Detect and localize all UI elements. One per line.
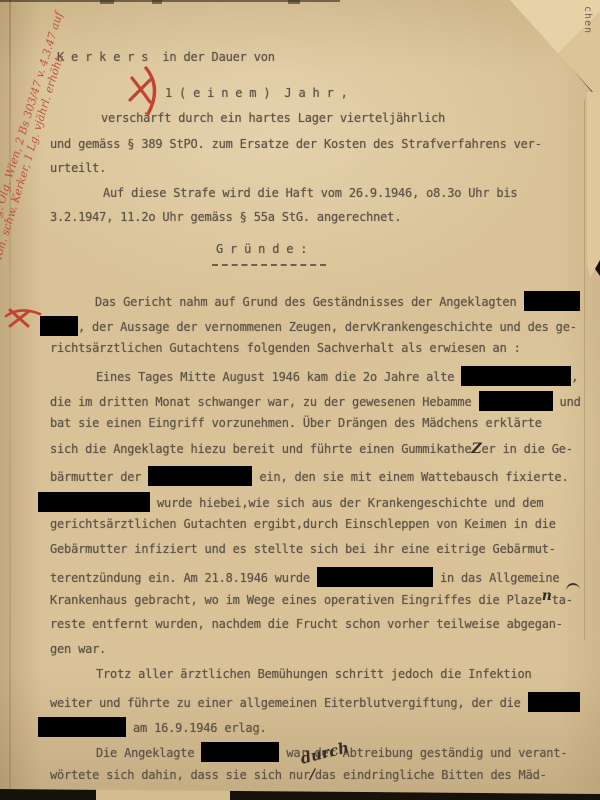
typed-text: ta- bbox=[552, 593, 573, 607]
typed-text: er in die Ge- bbox=[482, 442, 573, 456]
typed-text: , bbox=[571, 370, 578, 384]
typed-text: Eines Tages Mitte August 1946 kam die 2o… bbox=[96, 370, 461, 384]
typed-text: Gebärmutter infiziert und es stellte sic… bbox=[50, 542, 556, 556]
typed-text: bat sie einen Eingriff vorzunehmen. Über… bbox=[50, 416, 542, 430]
typed-text: weiter und führte zu einer allgemeinen E… bbox=[50, 696, 528, 710]
redaction-bar bbox=[148, 466, 252, 486]
typed-text: G r ü n d e : bbox=[216, 242, 307, 256]
text-line: gerichtsärztlichen Gutachten ergibt,durc… bbox=[50, 517, 556, 531]
redaction-bar bbox=[479, 391, 553, 411]
text-line: reste entfernt wurden, nachdem die Fruch… bbox=[50, 617, 563, 631]
redaction-bar bbox=[38, 717, 126, 737]
text-line: bat sie einen Eingriff vorzunehmen. Über… bbox=[50, 416, 542, 430]
text-line: sich die Angeklagte hiezu bereit und füh… bbox=[50, 441, 573, 457]
text-line: und gemäss § 389 StPO. zum Ersatze der K… bbox=[50, 137, 542, 151]
text-line: bärmutter der ein, den sie mit einem Wat… bbox=[50, 466, 568, 486]
typed-text: in das Allgemeine bbox=[433, 571, 559, 585]
document-page: K e r k e r s in der Dauer von1 ( e i n … bbox=[0, 0, 600, 800]
text-line: Krankenhaus gebracht, wo im Wege eines o… bbox=[50, 592, 573, 608]
text-line: wörtete sich dahin, dass sie sich nur/da… bbox=[50, 767, 547, 783]
red-x-paren-mark bbox=[124, 64, 170, 116]
handwritten-correction: Z bbox=[471, 441, 481, 457]
scan-top-mark bbox=[152, 0, 162, 4]
typed-text: 1 ( e i n e m ) J a h r , bbox=[165, 86, 348, 100]
redaction-bar bbox=[524, 291, 580, 311]
typed-text: K e r k e r s in der Dauer von bbox=[57, 50, 275, 64]
redaction-bar bbox=[201, 742, 279, 762]
text-line: wurde hiebei,wie sich aus der Krankenges… bbox=[38, 492, 543, 512]
redaction-bar bbox=[317, 567, 433, 587]
text-line: G r ü n d e : bbox=[216, 242, 307, 256]
typed-text: Die Angeklagte bbox=[96, 746, 201, 760]
text-line: Trotz aller ärztlichen Bemühungen schrit… bbox=[96, 667, 532, 681]
typed-text: wörtete sich dahin, dass sie sich nur bbox=[50, 768, 310, 782]
typed-text: das eindringliche Bitten des Mäd- bbox=[315, 768, 547, 782]
handwritten-correction-curl bbox=[565, 582, 580, 594]
typed-text: und bbox=[553, 395, 581, 409]
page-right-crease bbox=[584, 100, 585, 640]
overlapping-page-edge bbox=[587, 92, 600, 282]
redaction-bar bbox=[528, 692, 580, 712]
text-line: weiter und führte zu einer allgemeinen E… bbox=[50, 692, 580, 712]
typed-text: richtsärztlichen Gutachtens folgenden Sa… bbox=[50, 341, 521, 355]
typed-text: , der Aussage der vernommenen Zeugen, de… bbox=[78, 320, 577, 334]
text-line: Auf diese Strafe wird die Haft vom 26.9.… bbox=[103, 186, 517, 200]
typed-text: 3.2.1947, 11.2o Uhr gemäss § 55a StG. an… bbox=[50, 210, 401, 224]
redaction-bar bbox=[38, 492, 150, 512]
text-line: Das Gericht nahm auf Grund des Geständni… bbox=[95, 291, 580, 311]
typed-text: sich die Angeklagte hiezu bereit und füh… bbox=[50, 442, 471, 456]
gruende-underline bbox=[212, 264, 326, 266]
typed-text: gen war. bbox=[50, 642, 106, 656]
typed-text: ein, den sie mit einem Wattebausch fixie… bbox=[252, 470, 568, 484]
text-line: 1 ( e i n e m ) J a h r , bbox=[165, 86, 348, 100]
typed-text: und gemäss § 389 StPO. zum Ersatze der K… bbox=[50, 137, 542, 151]
page-left-crease bbox=[9, 0, 11, 800]
text-line: am 16.9.1946 erlag. bbox=[38, 717, 267, 737]
typed-text: wurde hiebei,wie sich aus der Krankenges… bbox=[150, 496, 543, 510]
handwritten-correction: n bbox=[542, 588, 552, 604]
typed-text: Trotz aller ärztlichen Bemühungen schrit… bbox=[96, 667, 532, 681]
text-line: gen war. bbox=[50, 642, 106, 656]
typed-text: bärmutter der bbox=[50, 470, 148, 484]
typed-text: reste entfernt wurden, nachdem die Fruch… bbox=[50, 617, 563, 631]
corner-text-fragment: chen bbox=[582, 6, 593, 34]
scan-top-mark bbox=[288, 0, 300, 4]
text-line: , der Aussage der vernommenen Zeugen, de… bbox=[40, 316, 577, 336]
typed-text: Auf diese Strafe wird die Haft vom 26.9.… bbox=[103, 186, 517, 200]
text-line: richtsärztlichen Gutachtens folgenden Sa… bbox=[50, 341, 521, 355]
text-line: urteilt. bbox=[50, 161, 106, 175]
typed-text: die im dritten Monat schwanger war, zu d… bbox=[50, 395, 479, 409]
text-line: K e r k e r s in der Dauer von bbox=[57, 50, 275, 64]
text-line: die im dritten Monat schwanger war, zu d… bbox=[50, 391, 581, 411]
text-line: Eines Tages Mitte August 1946 kam die 2o… bbox=[96, 366, 578, 386]
text-line: Gebärmutter infiziert und es stellte sic… bbox=[50, 542, 556, 556]
typed-text: gerichtsärztlichen Gutachten ergibt,durc… bbox=[50, 517, 556, 531]
typed-text: terentzündung ein. Am 21.8.1946 wurde bbox=[50, 571, 317, 585]
typed-text: urteilt. bbox=[50, 161, 106, 175]
text-line: terentzündung ein. Am 21.8.1946 wurde in… bbox=[50, 567, 559, 587]
redaction-bar bbox=[461, 366, 571, 386]
scan-top-mark bbox=[100, 0, 114, 4]
typed-text: Krankenhaus gebracht, wo im Wege eines o… bbox=[50, 593, 542, 607]
red-margin-x-mark bbox=[2, 294, 44, 334]
typed-text: am 16.9.1946 erlag. bbox=[126, 721, 267, 735]
redaction-bar bbox=[40, 316, 78, 336]
typed-text: Das Gericht nahm auf Grund des Geständni… bbox=[95, 295, 524, 309]
text-line: 3.2.1947, 11.2o Uhr gemäss § 55a StG. an… bbox=[50, 210, 401, 224]
